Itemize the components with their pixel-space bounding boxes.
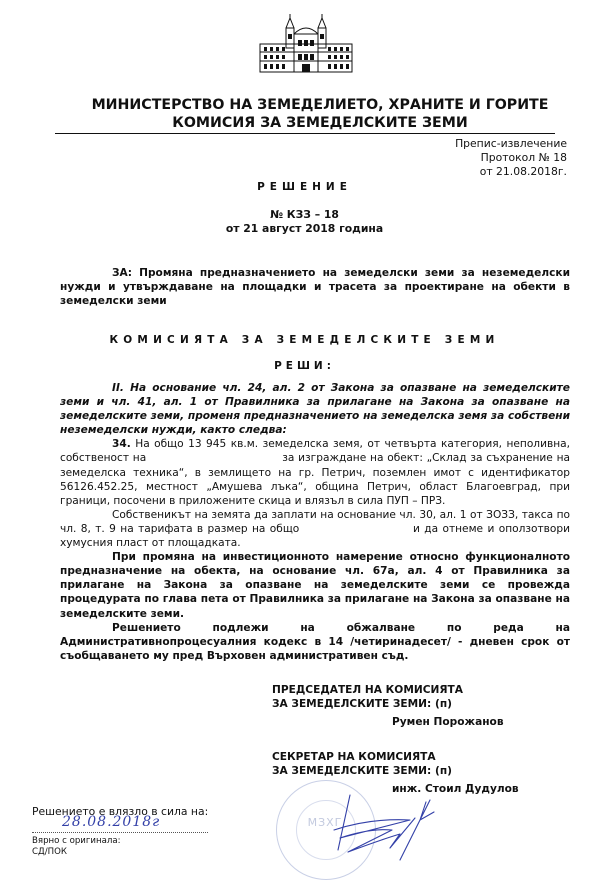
- protocol-number: Протокол № 18: [455, 151, 567, 165]
- decision-number-block: № КЗЗ – 18 от 21 август 2018 година: [0, 208, 609, 236]
- date-dotted-line: [32, 832, 208, 833]
- decree-body: II. На основание чл. 24, ал. 2 от Закона…: [60, 381, 570, 663]
- chairman-name: Румен Порожанов: [392, 716, 504, 728]
- legal-basis-paragraph: II. На основание чл. 24, ал. 2 от Закона…: [60, 381, 570, 437]
- item-paragraph: 34. На общо 13 945 кв.м. земеделска земя…: [60, 437, 570, 507]
- decision-date: от 21 август 2018 година: [0, 222, 609, 236]
- subject-text: Промяна предназначението на земеделски з…: [60, 267, 570, 307]
- fee-paragraph: Собственикът на земята да заплати на осн…: [60, 508, 570, 550]
- item-text: На общо 13 945 кв.м. земеделска земя, от…: [60, 438, 573, 506]
- chairman-block: ПРЕДСЕДАТЕЛ НА КОМИСИЯТА ЗА ЗЕМЕДЕЛСКИТЕ…: [272, 683, 463, 711]
- secretary-title-2: ЗА ЗЕМЕДЕЛСКИТЕ ЗЕМИ: (п): [272, 764, 452, 778]
- decision-title: РЕШЕНИЕ: [0, 181, 609, 193]
- decision-number: № КЗЗ – 18: [0, 208, 609, 222]
- in-force-date: 28.08.2018г: [62, 814, 160, 830]
- reference-type: Препис-извлечение: [455, 137, 567, 151]
- chairman-title-1: ПРЕДСЕДАТЕЛ НА КОМИСИЯТА: [272, 683, 463, 697]
- resolved-heading: РЕШИ:: [0, 360, 609, 372]
- certified-by: СД/ПОК: [32, 847, 67, 858]
- header-divider: [55, 133, 555, 134]
- appeal-paragraph: Решението подлежи на обжалване по реда н…: [60, 621, 570, 663]
- item-number: 34.: [112, 438, 131, 450]
- certified-label: Вярно с оригинала:: [32, 836, 121, 847]
- subject-label: ЗА:: [112, 267, 132, 279]
- protocol-date: от 21.08.2018г.: [455, 165, 567, 179]
- ministry-name: МИНИСТЕРСТВО НА ЗЕМЕДЕЛИЕТО, ХРАНИТЕ И Г…: [60, 96, 580, 114]
- secretary-block: СЕКРЕТАР НА КОМИСИЯТА ЗА ЗЕМЕДЕЛСКИТЕ ЗЕ…: [272, 750, 452, 778]
- commission-heading: КОМИСИЯТА ЗА ЗЕМЕДЕЛСКИТЕ ЗЕМИ: [0, 334, 609, 346]
- secretary-title-1: СЕКРЕТАР НА КОМИСИЯТА: [272, 750, 452, 764]
- commission-name: КОМИСИЯ ЗА ЗЕМЕДЕЛСКИТЕ ЗЕМИ: [60, 114, 580, 132]
- ministry-building-icon: [258, 14, 354, 76]
- decision-subject: ЗА: Промяна предназначението на земеделс…: [60, 266, 570, 308]
- change-paragraph: При промяна на инвестиционното намерение…: [60, 550, 570, 620]
- chairman-title-2: ЗА ЗЕМЕДЕЛСКИТЕ ЗЕМИ: (п): [272, 697, 463, 711]
- signature-icon: [330, 790, 440, 870]
- protocol-reference: Препис-извлечение Протокол № 18 от 21.08…: [455, 137, 567, 179]
